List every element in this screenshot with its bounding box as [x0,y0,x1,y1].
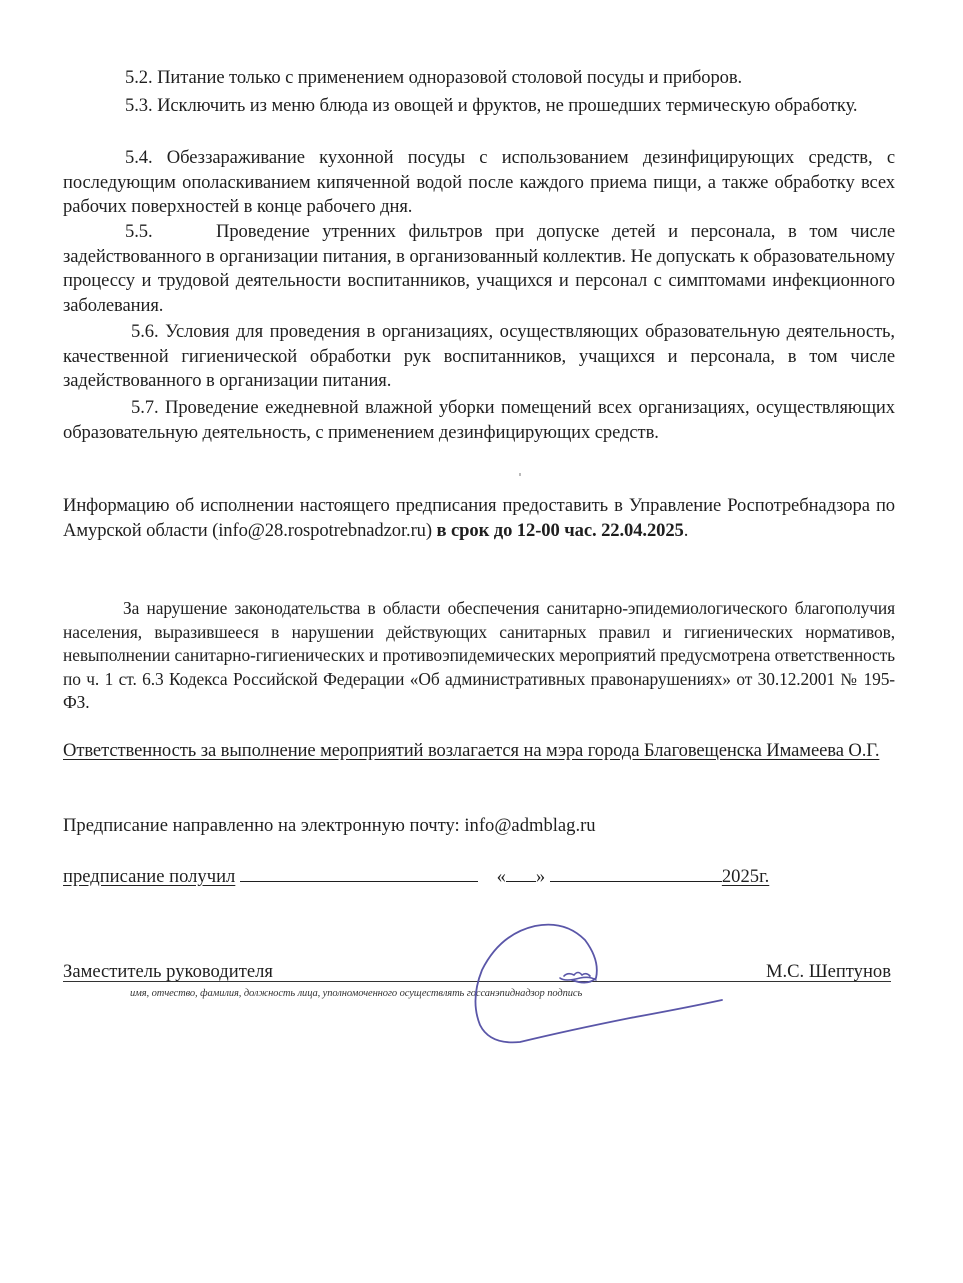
item-5-6: 5.6. Условия для проведения в организаци… [63,320,895,394]
item-5-5: 5.5. Проведение утренних фильтров при до… [63,220,895,318]
item-5-2: 5.2. Питание только с применением однора… [63,66,895,91]
sent-to-text: Предписание направленно на электронную п… [63,815,596,836]
received-day-blank[interactable] [506,863,536,882]
item-number: 5.5. [125,221,153,242]
received-signature-blank[interactable] [240,863,478,882]
received-year: 2025г. [722,866,769,887]
liability-text: За нарушение законодательства в области … [63,598,895,712]
item-number: 5.3. [125,95,153,116]
item-number: 5.4. [125,147,153,168]
responsibility-text: Ответственность за выполнение мероприяти… [63,740,879,761]
item-text: Проведение утренних фильтров при допуске… [63,221,895,316]
item-text: Обеззараживание кухонной посуды с исполь… [63,147,895,217]
report-info-end: . [684,520,689,541]
handwritten-signature-icon [460,920,760,1060]
received-label: предписание получил [63,866,235,887]
item-text: Проведение ежедневной влажной уборки пом… [63,397,895,443]
quote-close: » [536,866,545,887]
item-number: 5.6. [131,321,159,342]
sent-to-line: Предписание направленно на электронную п… [63,814,895,838]
item-number: 5.2. [125,67,153,88]
item-text: Питание только с применением одноразовой… [157,67,742,88]
signer-name: М.С. Шептунов [766,961,891,982]
quote-open: « [497,866,506,887]
item-5-4: 5.4. Обеззараживание кухонной посуды с и… [63,146,895,220]
responsibility-paragraph: Ответственность за выполнение мероприяти… [63,739,893,764]
deadline: в срок до 12-00 час. 22.04.2025 [437,520,684,541]
received-line: предписание получил «» 2025г. [63,863,895,889]
item-text: Исключить из меню блюда из овощей и фрук… [157,95,857,116]
item-number: 5.7. [131,397,159,418]
scan-speck [519,473,521,476]
report-info-paragraph: Информацию об исполнении настоящего пред… [63,494,895,543]
item-5-7: 5.7. Проведение ежедневной влажной уборк… [63,396,895,445]
item-5-3: 5.3. Исключить из меню блюда из овощей и… [63,94,895,119]
received-month-blank[interactable] [550,863,722,882]
signer-position: Заместитель руководителя [63,961,273,982]
item-text: Условия для проведения в организациях, о… [63,321,895,391]
document-page: 5.2. Питание только с применением однора… [0,0,963,1283]
liability-paragraph: За нарушение законодательства в области … [63,597,895,715]
